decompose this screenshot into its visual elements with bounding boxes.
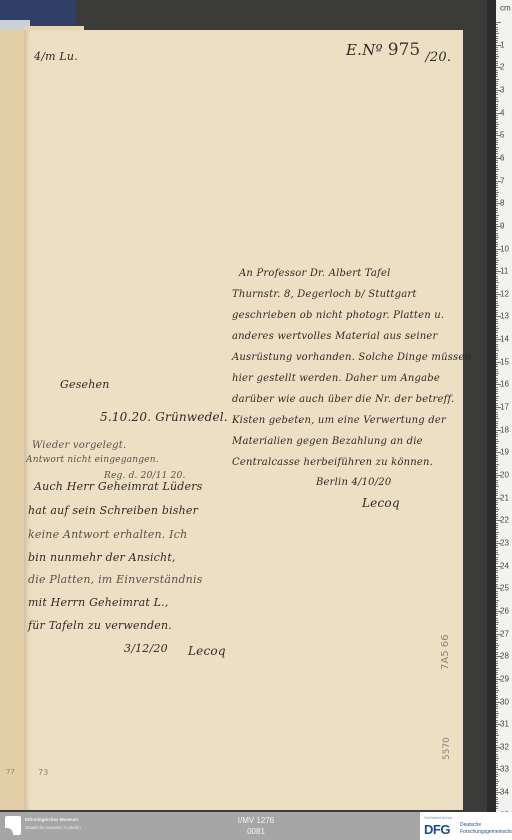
- ruler-label: 4: [500, 108, 504, 117]
- ruler-tick: [496, 527, 498, 528]
- ruler-tick: [496, 353, 498, 354]
- ruler-tick: [496, 493, 498, 494]
- ruler-label: 28: [500, 652, 509, 661]
- ruler-tick: [496, 31, 498, 32]
- ruler-tick: [496, 391, 498, 392]
- letter-line: An Professor Dr. Albert Tafel: [239, 268, 390, 279]
- ruler-tick: [496, 364, 498, 365]
- ruler-tick: [496, 495, 498, 496]
- ruler-tick: [496, 165, 498, 166]
- ruler-tick: [496, 292, 498, 293]
- letter-line: Materialien gegen Bezahlung an die: [232, 436, 423, 447]
- ruler-tick: [496, 557, 498, 558]
- ruler-tick: [496, 289, 498, 290]
- ruler-label: 12: [500, 289, 509, 298]
- ruler-tick: [496, 321, 498, 322]
- pencil-number-bottom-left: 73: [38, 768, 48, 777]
- ruler-tick: [496, 314, 498, 315]
- ruler-tick: [496, 269, 498, 270]
- ruler-tick: [496, 280, 498, 281]
- ruler-tick: [496, 373, 499, 374]
- ruler-tick: [496, 541, 498, 542]
- ruler-tick: [496, 421, 498, 422]
- ruler-tick: [496, 713, 499, 714]
- ruler-tick: [496, 115, 498, 116]
- ruler-tick: [496, 803, 499, 804]
- ruler-tick: [496, 215, 499, 216]
- ruler-tick: [496, 658, 498, 659]
- ruler-tick: [496, 593, 498, 594]
- ruler-tick: [496, 332, 498, 333]
- funding-label: Gefördert durch: [424, 815, 452, 820]
- ruler-tick: [496, 663, 498, 664]
- ruler-tick: [496, 201, 498, 202]
- signature: Lecoq: [188, 644, 226, 658]
- ruler-tick: [496, 665, 498, 666]
- ruler-tick: [496, 42, 498, 43]
- ruler-tick: [496, 695, 498, 696]
- ruler-tick: [496, 514, 498, 515]
- ruler-tick: [496, 525, 498, 526]
- ruler-tick: [496, 443, 498, 444]
- ruler-tick: [496, 235, 498, 236]
- letter-line: die Platten, im Einverständnis: [28, 573, 203, 586]
- ruler-tick: [496, 27, 498, 28]
- ruler-tick: [496, 76, 498, 77]
- ruler-tick: [496, 51, 498, 52]
- ruler-tick: [496, 577, 499, 578]
- letter-line: Ausrüstung vorhanden. Solche Dinge müsse…: [232, 352, 471, 363]
- ruler-tick: [496, 389, 498, 390]
- gesehen-note: Gesehen: [60, 378, 110, 391]
- ruler-tick: [496, 128, 498, 129]
- ruler-tick: [496, 711, 498, 712]
- ruler-tick: [496, 242, 498, 243]
- ruler-tick: [496, 267, 498, 268]
- ruler-tick: [496, 586, 498, 587]
- ruler-tick: [496, 371, 498, 372]
- ruler-tick: [496, 178, 498, 179]
- seen-date-note: 5.10.20. Grünwedel.: [100, 410, 228, 424]
- pencil-number-under-page: 77: [6, 768, 15, 776]
- ruler-tick: [496, 70, 498, 71]
- ruler-tick: [496, 446, 498, 447]
- dfg-logo-icon: DFG: [424, 822, 450, 837]
- ruler-label: 24: [500, 561, 509, 570]
- ruler-unit: cm: [500, 4, 511, 13]
- ruler-tick: [496, 133, 498, 134]
- ruler-tick: [496, 765, 498, 766]
- ruler-tick: [496, 194, 498, 195]
- ruler-tick: [496, 552, 498, 553]
- ruler-tick: [496, 708, 498, 709]
- ruler-tick: [496, 85, 498, 86]
- ruler-tick: [496, 670, 498, 671]
- ruler-tick: [496, 366, 498, 367]
- ruler-tick: [496, 618, 498, 619]
- letter-line: Centralcasse herbeiführen zu können.: [232, 457, 433, 468]
- ruler-label: 25: [500, 584, 509, 593]
- ruler-tick: [496, 156, 498, 157]
- ruler-tick: [496, 346, 498, 347]
- ruler-tick: [496, 144, 498, 145]
- ruler-tick: [496, 457, 498, 458]
- ruler-tick: [496, 22, 501, 23]
- ruler-tick: [496, 647, 498, 648]
- ruler-tick: [496, 355, 498, 356]
- ruler-label: 14: [500, 335, 509, 344]
- ruler-tick: [496, 418, 499, 419]
- ruler-tick: [496, 49, 498, 50]
- ruler-tick: [496, 323, 498, 324]
- ruler-tick: [496, 328, 499, 329]
- ruler-label: 34: [500, 788, 509, 797]
- ruler-tick: [496, 24, 498, 25]
- ruler-tick: [496, 303, 498, 304]
- ruler-tick: [496, 615, 498, 616]
- ruler-tick: [496, 228, 498, 229]
- ruler-tick: [496, 79, 499, 80]
- ruler-tick: [496, 735, 499, 736]
- ruler-tick: [496, 722, 498, 723]
- ruler-tick: [496, 595, 498, 596]
- ruler-tick: [496, 620, 498, 621]
- ruler-tick: [496, 733, 498, 734]
- ruler-tick: [496, 264, 498, 265]
- ruler-tick: [496, 545, 498, 546]
- ruler-tick: [496, 568, 498, 569]
- ruler-tick: [496, 745, 498, 746]
- ruler-label: 31: [500, 720, 509, 729]
- reference-prefix: E.Nº: [346, 41, 383, 59]
- ruler-tick: [496, 99, 498, 100]
- ruler-tick: [496, 606, 498, 607]
- ruler-tick: [496, 640, 498, 641]
- ruler-tick: [496, 794, 498, 795]
- ruler-tick: [496, 731, 498, 732]
- ruler-tick: [496, 335, 498, 336]
- ruler-tick: [496, 441, 499, 442]
- ruler-label: 32: [500, 742, 509, 751]
- ruler-tick: [496, 230, 498, 231]
- ruler-label: 26: [500, 606, 509, 615]
- ruler-tick: [496, 101, 499, 102]
- ruler-tick: [496, 507, 498, 508]
- ruler-label: 29: [500, 674, 509, 683]
- ruler-tick: [496, 482, 498, 483]
- ruler-tick: [496, 674, 498, 675]
- ruler-tick: [496, 74, 498, 75]
- ruler-tick: [496, 260, 499, 261]
- ruler-tick: [496, 412, 498, 413]
- ruler-tick: [496, 455, 498, 456]
- ruler-tick: [496, 466, 498, 467]
- ruler-tick: [496, 491, 498, 492]
- ruler-tick: [496, 464, 499, 465]
- ruler-tick: [496, 192, 499, 193]
- ruler-tick: [496, 597, 498, 598]
- ruler-tick: [496, 106, 498, 107]
- ruler-tick: [496, 396, 499, 397]
- ruler-tick: [496, 604, 498, 605]
- ruler-label: 8: [500, 199, 504, 208]
- ruler-tick: [496, 210, 498, 211]
- ruler-tick: [496, 239, 498, 240]
- ruler-tick: [496, 224, 498, 225]
- top-left-note: 4/m Lu.: [34, 50, 78, 63]
- ruler-tick: [496, 344, 498, 345]
- ruler-tick: [496, 423, 498, 424]
- ruler-tick: [496, 781, 499, 782]
- ruler-tick: [496, 258, 498, 259]
- ruler-tick: [496, 459, 498, 460]
- ruler-tick: [496, 81, 498, 82]
- ruler-tick: [496, 434, 498, 435]
- ruler-tick: [496, 63, 498, 64]
- ruler-label: 1: [500, 40, 504, 49]
- ruler-tick: [496, 350, 499, 351]
- signature: Lecoq: [362, 496, 400, 510]
- ruler-tick: [496, 572, 498, 573]
- ruler-tick: [496, 405, 498, 406]
- letter-line: Thurnstr. 8, Degerloch b/ Stuttgart: [232, 289, 417, 300]
- ruler-tick: [496, 149, 498, 150]
- ruler-tick: [496, 296, 498, 297]
- ruler-tick: [496, 142, 498, 143]
- ruler-tick: [496, 174, 498, 175]
- ruler-label: 2: [500, 63, 504, 72]
- ruler-tick: [496, 749, 498, 750]
- ruler-label: 19: [500, 448, 509, 457]
- ruler-tick: [496, 94, 498, 95]
- ruler-tick: [496, 88, 498, 89]
- ruler-tick: [496, 162, 498, 163]
- ruler-label: 22: [500, 516, 509, 525]
- ruler-tick: [496, 468, 498, 469]
- ruler-tick: [496, 124, 499, 125]
- ruler-tick: [496, 183, 498, 184]
- ruler-tick: [496, 538, 498, 539]
- ruler-label: 3: [500, 85, 504, 94]
- ruler-tick: [496, 398, 498, 399]
- ruler-tick: [496, 196, 498, 197]
- ruler-tick: [496, 550, 498, 551]
- ruler-tick: [496, 683, 498, 684]
- ruler-tick: [496, 212, 498, 213]
- ruler-tick: [496, 427, 498, 428]
- ruler-tick: [496, 622, 499, 623]
- ruler-tick: [496, 341, 498, 342]
- ruler-tick: [496, 504, 498, 505]
- ruler-tick: [496, 330, 498, 331]
- ruler-tick: [496, 380, 498, 381]
- ruler-tick: [496, 375, 498, 376]
- ruler-tick: [496, 581, 498, 582]
- ruler-tick: [496, 47, 498, 48]
- ruler-tick: [496, 489, 498, 490]
- ruler-tick: [496, 58, 498, 59]
- ruler-tick: [496, 649, 498, 650]
- letter-line: keine Antwort erhalten. Ich: [28, 528, 187, 541]
- ruler-tick: [496, 273, 498, 274]
- ruler-tick: [496, 217, 498, 218]
- ruler-tick: [496, 393, 498, 394]
- ruler-tick: [496, 131, 498, 132]
- ruler-tick: [496, 720, 498, 721]
- ruler-tick: [496, 742, 498, 743]
- dfg-name-line1: Deutsche: [460, 822, 481, 828]
- dfg-name-line2: Forschungsgemeinschaft: [460, 829, 512, 835]
- ruler-tick: [496, 584, 498, 585]
- ruler-tick: [496, 715, 498, 716]
- letter-line: hat auf sein Schreiben bisher: [28, 504, 198, 517]
- ruler-tick: [496, 190, 498, 191]
- ruler-tick: [496, 65, 498, 66]
- letter-line: Kisten gebeten, um eine Verwertung der: [232, 415, 446, 426]
- ruler-tick: [496, 278, 498, 279]
- ruler-label: 33: [500, 765, 509, 774]
- ruler-tick: [496, 484, 498, 485]
- ruler-tick: [496, 208, 498, 209]
- ruler-label: 15: [500, 357, 509, 366]
- ruler-tick: [496, 382, 498, 383]
- ruler-tick: [496, 29, 498, 30]
- ruler-tick: [496, 575, 498, 576]
- place-date: Berlin 4/10/20: [316, 477, 391, 488]
- letter-line: hier gestellt werden. Daher um Angabe: [232, 373, 440, 384]
- ruler-tick: [496, 185, 498, 186]
- ruler-label: 6: [500, 153, 504, 162]
- ruler-tick: [496, 758, 499, 759]
- ruler-label: 21: [500, 493, 509, 502]
- ruler-tick: [496, 627, 498, 628]
- ruler-label: 13: [500, 312, 509, 321]
- ruler-tick: [496, 233, 498, 234]
- ruler-tick: [496, 570, 498, 571]
- dfg-badge: Gefördert durch DFG Deutsche Forschungsg…: [420, 812, 512, 840]
- ruler-tick: [496, 480, 498, 481]
- ruler-tick: [496, 301, 498, 302]
- underlying-page: [0, 30, 26, 810]
- ruler-tick: [496, 516, 498, 517]
- ruler-tick: [496, 151, 498, 152]
- ruler-tick: [496, 326, 498, 327]
- ruler-tick: [496, 645, 499, 646]
- ruler-tick: [496, 643, 498, 644]
- ruler-label: 10: [500, 244, 509, 253]
- letter-line: darüber wie auch über die Nr. der betref…: [232, 394, 454, 405]
- ruler-tick: [496, 486, 499, 487]
- ruler-tick: [496, 697, 498, 698]
- ruler-tick: [496, 285, 498, 286]
- ruler-tick: [496, 738, 498, 739]
- ruler-tick: [496, 140, 498, 141]
- ruler-tick: [496, 33, 499, 34]
- ruler-tick: [496, 523, 498, 524]
- ruler-tick: [496, 244, 498, 245]
- ruler-tick: [496, 785, 498, 786]
- ruler-tick: [496, 473, 498, 474]
- ruler-tick: [496, 672, 498, 673]
- ruler-tick: [496, 686, 498, 687]
- ruler-tick: [496, 369, 498, 370]
- ruler-tick: [496, 788, 498, 789]
- ruler-tick: [496, 511, 498, 512]
- ruler-tick: [496, 237, 499, 238]
- ruler-tick: [496, 638, 498, 639]
- ruler-tick: [496, 138, 498, 139]
- ruler-tick: [496, 97, 498, 98]
- ruler-label: 30: [500, 697, 509, 706]
- ruler-tick: [496, 414, 498, 415]
- cm-ruler: cm 1234567891011121314151617181920212223…: [496, 0, 512, 812]
- ruler-tick: [496, 199, 498, 200]
- ruler-tick: [496, 774, 498, 775]
- ruler-tick: [496, 699, 498, 700]
- ruler-tick: [496, 518, 498, 519]
- ruler-tick: [496, 187, 498, 188]
- ruler-tick: [496, 797, 498, 798]
- ruler-tick: [496, 554, 499, 555]
- ruler-tick: [496, 253, 498, 254]
- ruler-tick: [496, 171, 498, 172]
- ruler-label: 23: [500, 538, 509, 547]
- ruler-tick: [496, 262, 498, 263]
- reference-suffix: /20.: [425, 50, 451, 65]
- ruler-tick: [496, 688, 498, 689]
- ruler-tick: [496, 246, 498, 247]
- ruler-tick: [496, 72, 498, 73]
- ruler-tick: [496, 432, 498, 433]
- ruler-tick: [496, 534, 498, 535]
- ruler-tick: [496, 704, 498, 705]
- ruler-tick: [496, 119, 498, 120]
- reference-number: E.Nº 975 /20.: [346, 40, 451, 60]
- ruler-tick: [496, 287, 498, 288]
- ruler-tick: [496, 436, 498, 437]
- ruler-label: 20: [500, 471, 509, 480]
- document-page: 4/m Lu. E.Nº 975 /20. An Professor Dr. A…: [24, 30, 463, 810]
- ruler-label: 7: [500, 176, 504, 185]
- ruler-tick: [496, 387, 498, 388]
- ruler-tick: [496, 754, 498, 755]
- ruler-tick: [496, 477, 498, 478]
- ruler-tick: [496, 602, 498, 603]
- ruler-tick: [496, 359, 498, 360]
- ruler-tick: [496, 403, 498, 404]
- ruler-tick: [496, 160, 498, 161]
- ruler-tick: [496, 104, 498, 105]
- ruler-tick: [496, 83, 498, 84]
- ruler-tick: [496, 783, 498, 784]
- reference-digits: 975: [388, 40, 420, 60]
- ruler-tick: [496, 500, 498, 501]
- ruler-tick: [496, 416, 498, 417]
- ruler-tick: [496, 337, 498, 338]
- ruler-tick: [496, 36, 498, 37]
- ruler-tick: [496, 536, 498, 537]
- reminder-note-line: Wieder vorgelegt.: [32, 440, 126, 451]
- ruler-tick: [496, 801, 498, 802]
- ruler-tick: [496, 38, 498, 39]
- ruler-label: 11: [500, 267, 508, 276]
- ruler-tick: [496, 425, 498, 426]
- ruler-tick: [496, 690, 499, 691]
- letter-line: anderes wertvolles Material aus seiner: [232, 331, 437, 342]
- ruler-tick: [496, 760, 498, 761]
- ruler-tick: [496, 378, 498, 379]
- ruler-tick: [496, 808, 498, 809]
